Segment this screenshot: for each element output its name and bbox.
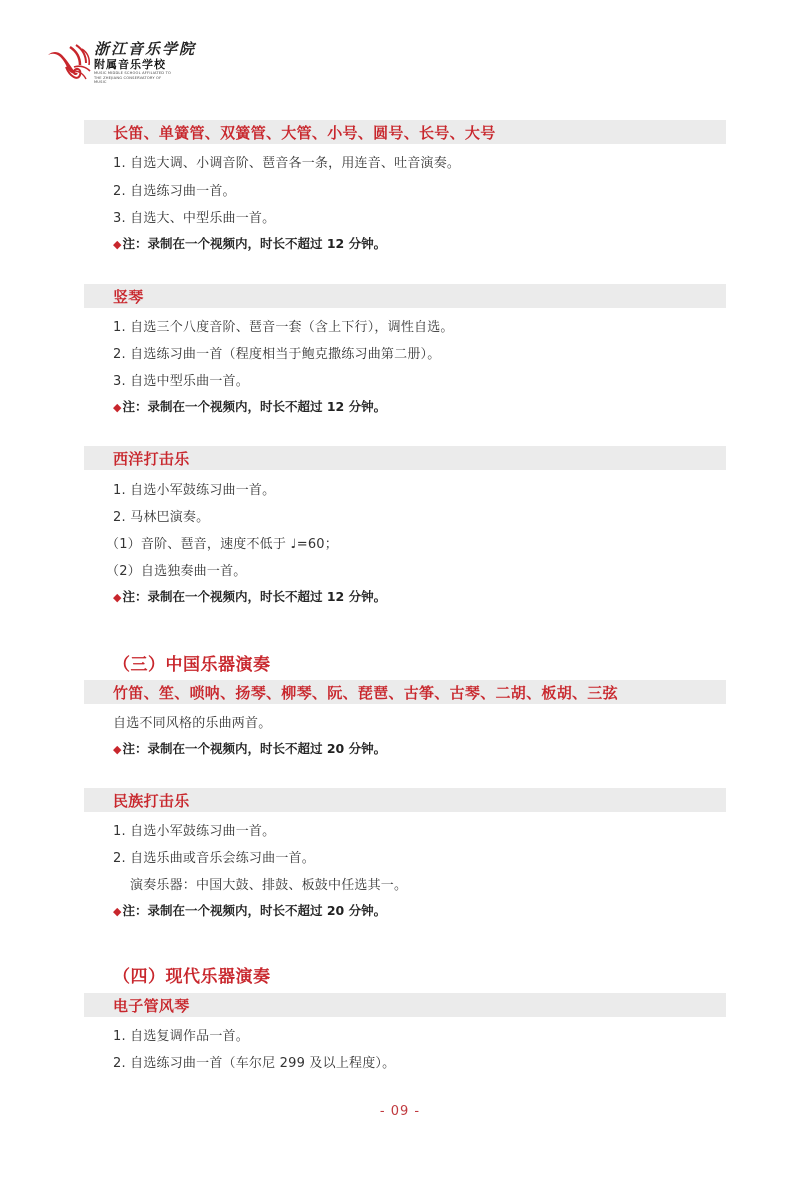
- requirement-item: 2. 自选练习曲一首（车尔尼 299 及以上程度）。: [113, 1052, 395, 1071]
- requirement-item: 2. 马林巴演奏。: [113, 506, 209, 525]
- requirement-item: 自选不同风格的乐曲两首。: [113, 712, 271, 731]
- requirement-item: 1. 自选三个八度音阶、琶音一套（含上下行），调性自选。: [113, 316, 454, 335]
- requirement-item: 2. 自选练习曲一首（程度相当于鲍克撒练习曲第二册）。: [113, 343, 440, 362]
- subsection-heading: 长笛、单簧管、双簧管、大管、小号、圆号、长号、大号: [113, 122, 496, 143]
- requirement-item: 1. 自选小军鼓练习曲一首。: [113, 479, 275, 498]
- violin-phoenix-logo-icon: [44, 41, 92, 85]
- diamond-bullet-icon: ◆: [113, 905, 121, 918]
- subsection-heading: 西洋打击乐: [113, 448, 190, 469]
- subsection-heading-bar: 西洋打击乐: [84, 446, 726, 470]
- subsection-heading: 民族打击乐: [113, 790, 190, 811]
- section-title: （四）现代乐器演奏: [113, 962, 271, 987]
- requirement-item: 3. 自选中型乐曲一首。: [113, 370, 249, 389]
- time-limit-note: ◆注：录制在一个视频内，时长不超过 12 分钟。: [113, 587, 386, 605]
- subsection-heading-bar: 电子管风琴: [84, 993, 726, 1017]
- school-logo-header: 浙江音乐学院 附属音乐学校 MUSIC MIDDLE SCHOOL AFFILI…: [44, 40, 196, 86]
- subsection-heading: 电子管风琴: [113, 995, 190, 1016]
- diamond-bullet-icon: ◆: [113, 743, 121, 756]
- requirement-item: 2. 自选乐曲或音乐会练习曲一首。: [113, 847, 315, 866]
- subsection-heading-bar: 民族打击乐: [84, 788, 726, 812]
- time-limit-note: ◆注：录制在一个视频内，时长不超过 12 分钟。: [113, 234, 386, 252]
- requirement-subitem: （2）自选独奏曲一首。: [106, 560, 246, 579]
- time-limit-note: ◆注：录制在一个视频内，时长不超过 12 分钟。: [113, 397, 386, 415]
- affiliate-name: 附属音乐学校: [94, 58, 196, 71]
- subsection-heading-bar: 竖琴: [84, 284, 726, 308]
- requirement-subitem: （1）音阶、琶音，速度不低于 ♩=60；: [106, 533, 338, 552]
- diamond-bullet-icon: ◆: [113, 401, 121, 414]
- requirement-item: 1. 自选复调作品一首。: [113, 1025, 249, 1044]
- affiliate-name-english: MUSIC MIDDLE SCHOOL AFFILIATED TO THE ZH…: [94, 71, 174, 85]
- time-limit-note: ◆注：录制在一个视频内，时长不超过 20 分钟。: [113, 739, 386, 757]
- diamond-bullet-icon: ◆: [113, 591, 121, 604]
- section-title: （三）中国乐器演奏: [113, 650, 271, 675]
- requirement-item: 1. 自选大调、小调音阶、琶音各一条，用连音、吐音演奏。: [113, 152, 460, 171]
- requirement-subitem: 演奏乐器：中国大鼓、排鼓、板鼓中任选其一。: [130, 874, 407, 893]
- school-name: 浙江音乐学院: [94, 41, 196, 58]
- diamond-bullet-icon: ◆: [113, 238, 121, 251]
- subsection-heading: 竖琴: [113, 286, 144, 307]
- requirement-item: 1. 自选小军鼓练习曲一首。: [113, 820, 275, 839]
- subsection-heading-bar: 长笛、单簧管、双簧管、大管、小号、圆号、长号、大号: [84, 120, 726, 144]
- page-number: - 09 -: [0, 1104, 800, 1119]
- time-limit-note: ◆注：录制在一个视频内，时长不超过 20 分钟。: [113, 901, 386, 919]
- requirement-item: 3. 自选大、中型乐曲一首。: [113, 207, 275, 226]
- subsection-heading-bar: 竹笛、笙、唢呐、扬琴、柳琴、阮、琵琶、古筝、古琴、二胡、板胡、三弦: [84, 680, 726, 704]
- requirement-item: 2. 自选练习曲一首。: [113, 180, 236, 199]
- subsection-heading: 竹笛、笙、唢呐、扬琴、柳琴、阮、琵琶、古筝、古琴、二胡、板胡、三弦: [113, 682, 618, 703]
